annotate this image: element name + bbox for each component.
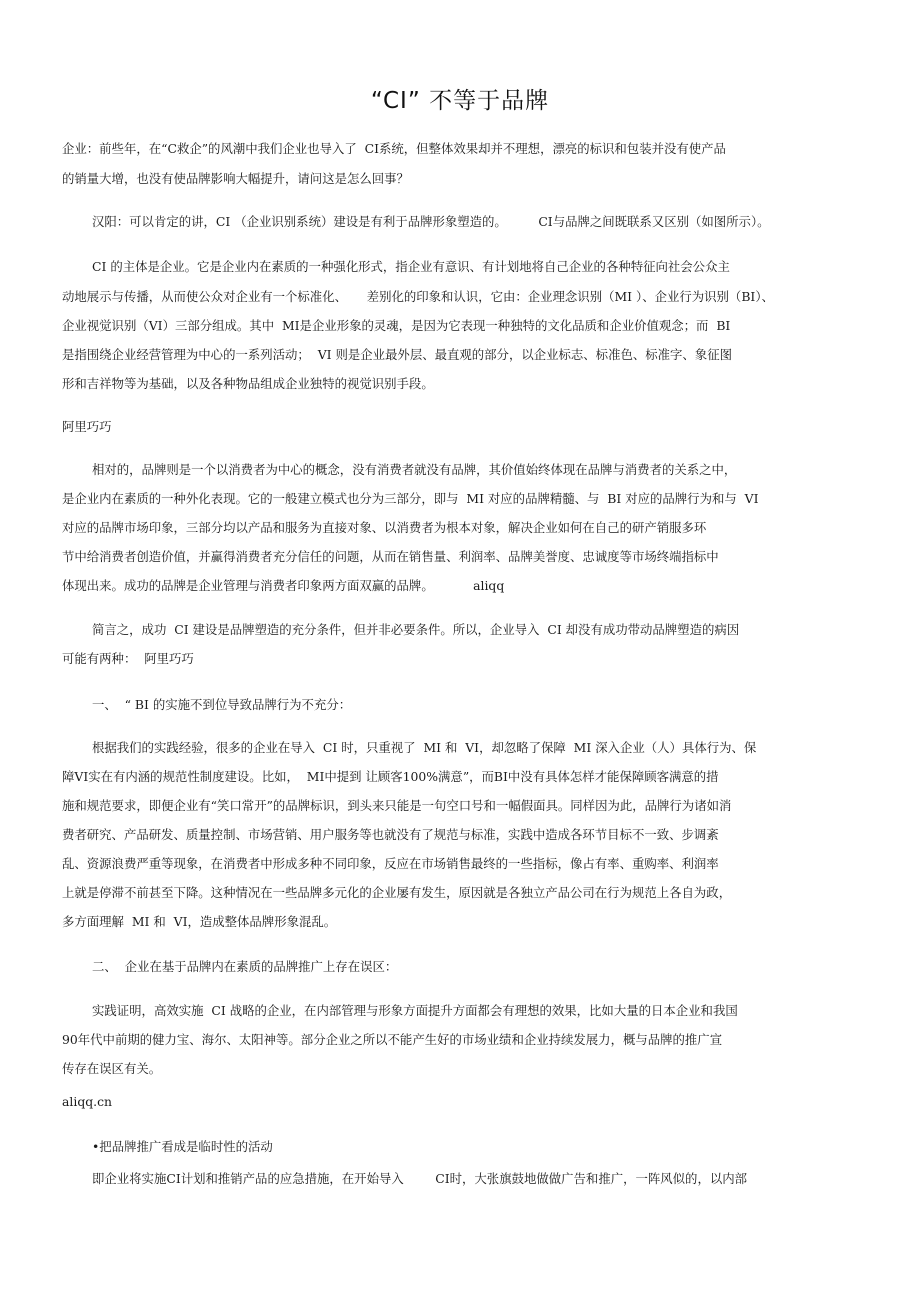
- text-line: 简言之，成功 CI 建设是品牌塑造的充分条件，但并非必要条件。所以，企业导入 C…: [92, 622, 739, 638]
- text-line: 的销量大增，也没有使品牌影响大幅提升，请问这是怎么回事？: [62, 171, 409, 187]
- text-line: 动地展示与传播，从而使公众对企业有一个标准化、 差别化的印象和认识，它由：企业理…: [62, 289, 774, 305]
- text-line: 阿里巧巧: [62, 419, 112, 435]
- text-line: 是企业内在素质的一种外化表现。它的一般建立模式也分为三部分，即与 MI 对应的品…: [62, 491, 758, 507]
- text-line: aliqq.cn: [62, 1094, 112, 1110]
- text-line: CI 的主体是企业。它是企业内在素质的一种强化形式，指企业有意识、有计划地将自己…: [92, 259, 730, 275]
- text-line: 上就是停滞不前甚至下降。这种情况在一些品牌多元化的企业屡有发生，原因就是各独立产…: [62, 885, 731, 901]
- text-line: 二、 企业在基于品牌内在素质的品牌推广上存在误区：: [92, 959, 397, 975]
- text-line: 可能有两种： 阿里巧巧: [62, 651, 194, 667]
- page-title: “CI” 不等于品牌: [0, 82, 920, 115]
- text-line: 多方面理解 MI 和 VI，造成整体品牌形象混乱。: [62, 914, 336, 930]
- text-line: 90年代中前期的健力宝、海尔、太阳神等。部分企业之所以不能产生好的市场业绩和企业…: [62, 1032, 722, 1048]
- text-line: 一、 “ BI 的实施不到位导致品牌行为不充分：: [92, 697, 351, 713]
- text-line: 施和规范要求，即便企业有“笑口常开”的品牌标识，到头来只能是一句空口号和一幅假面…: [62, 798, 731, 814]
- text-line: 费者研究、产品研发、质量控制、市场营销、用户服务等也就没有了规范与标准，实践中造…: [62, 827, 719, 843]
- text-line: 根据我们的实践经验，很多的企业在导入 CI 时，只重视了 MI 和 VI，却忽略…: [92, 740, 756, 756]
- text-line: 形和吉祥物等为基础，以及各种物品组成企业独特的视觉识别手段。: [62, 376, 434, 392]
- text-line: 体现出来。成功的品牌是企业管理与消费者印象两方面双赢的品牌。 aliqq: [62, 578, 504, 594]
- text-line: 障VI实在有内涵的规范性制度建设。比如， MI中提到 让顾客100%满意”，而B…: [62, 769, 719, 785]
- text-line: •把品牌推广看成是临时性的活动: [92, 1139, 273, 1155]
- text-line: 相对的，品牌则是一个以消费者为中心的概念，没有消费者就没有品牌，其价值始终体现在…: [92, 462, 736, 478]
- text-line: 是指围绕企业经营管理为中心的一系列活动； VI 则是企业最外层、最直观的部分，以…: [62, 347, 732, 363]
- text-line: 节中给消费者创造价值，并赢得消费者充分信任的问题，从而在销售量、利润率、品牌美誉…: [62, 549, 719, 565]
- text-line: 乱、资源浪费严重等现象，在消费者中形成多种不同印象，反应在市场销售最终的一些指标…: [62, 856, 719, 872]
- text-line: 传存在误区有关。: [62, 1061, 161, 1077]
- text-line: 实践证明，高效实施 CI 战略的企业，在内部管理与形象方面提升方面都会有理想的效…: [92, 1003, 738, 1019]
- text-line: 企业视觉识别（VI）三部分组成。其中 MI是企业形象的灵魂，是因为它表现一种独特…: [62, 318, 730, 334]
- text-line: 对应的品牌市场印象，三部分均以产品和服务为直接对象、以消费者为根本对象，解决企业…: [62, 520, 706, 536]
- text-line: 即企业将实施CI计划和推销产品的应急措施，在开始导入 CI时，大张旗鼓地做做广告…: [92, 1171, 747, 1187]
- text-line: 汉阳：可以肯定的讲，CI （企业识别系统）建设是有利于品牌形象塑造的。 CI与品…: [92, 214, 770, 230]
- text-line: 企业：前些年，在“C救企”的风潮中我们企业也导入了 CI系统，但整体效果却并不理…: [62, 141, 726, 157]
